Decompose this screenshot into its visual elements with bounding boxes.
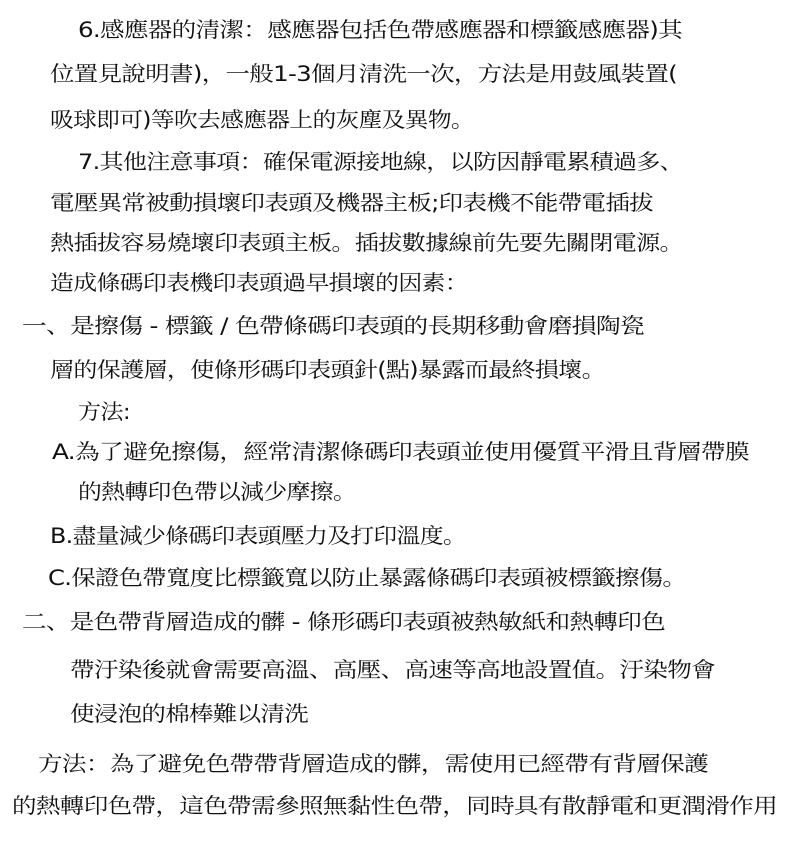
method-a-line-2: 的熱轉印色帶以減少摩擦。 xyxy=(78,479,356,505)
method-b: B.盡量減少條碼印表頭壓力及打印溫度。 xyxy=(50,523,466,549)
paragraph-sensor-cleaning-line-1: 6.感應器的清潔：感應器包括色帶感應器和標籤感應器)其 xyxy=(78,17,682,43)
cause-2-line-3: 使浸泡的棉棒難以清洗 xyxy=(70,701,308,727)
cause-2-line-1: 二、是色帶背層造成的髒 - 條形碼印表頭被熱敏紙和熱轉印色 xyxy=(22,609,665,635)
cause-1-line-2: 層的保護層，使條形碼印表頭針(點)暴露而最終損壞。 xyxy=(50,357,605,383)
paragraph-other-notes-line-1: 7.其他注意事項：確保電源接地線，以防因靜電累積過多、 xyxy=(78,149,683,175)
paragraph-other-notes-line-3: 熱插拔容易燒壞印表頭主板。插拔數據線前先要先關閉電源。 xyxy=(50,230,683,256)
section-heading-causes: 造成條碼印表機印表頭過早損壞的因素： xyxy=(50,270,468,296)
cause-1-line-1: 一、是擦傷 - 標籤 / 色帶條碼印表頭的長期移動會磨損陶瓷 xyxy=(22,313,644,339)
cause-1-method-label: 方法: xyxy=(78,399,130,425)
method-a-line-1: A.為了避免擦傷，經常清潔條碼印表頭並使用優質平滑且背層帶膜 xyxy=(52,439,749,465)
cause-2-method-line-2: 的熱轉印色帶，這色帶需參照無黏性色帶，同時具有散靜電和更潤滑作用 xyxy=(12,793,777,819)
cause-2-line-2: 帶汙染後就會需要高溫、高壓、高速等高地設置值。汙染物會 xyxy=(70,657,715,683)
paragraph-other-notes-line-2: 電壓異常被動損壞印表頭及機器主板;印表機不能帶電插拔 xyxy=(50,190,653,216)
document-page: 6.感應器的清潔：感應器包括色帶感應器和標籤感應器)其 位置見說明書)，一般1-… xyxy=(0,0,790,851)
method-c: C.保證色帶寬度比標籤寬以防止暴露條碼印表頭被標籤擦傷。 xyxy=(48,565,686,591)
paragraph-sensor-cleaning-line-2: 位置見說明書)，一般1-3個月清洗一次，方法是用鼓風裝置( xyxy=(50,61,677,87)
paragraph-sensor-cleaning-line-3: 吸球即可)等吹去感應器上的灰塵及異物。 xyxy=(50,107,474,133)
cause-2-method-line-1: 方法：為了避免色帶帶背層造成的髒，需使用已經帶有背層保護 xyxy=(38,751,708,777)
